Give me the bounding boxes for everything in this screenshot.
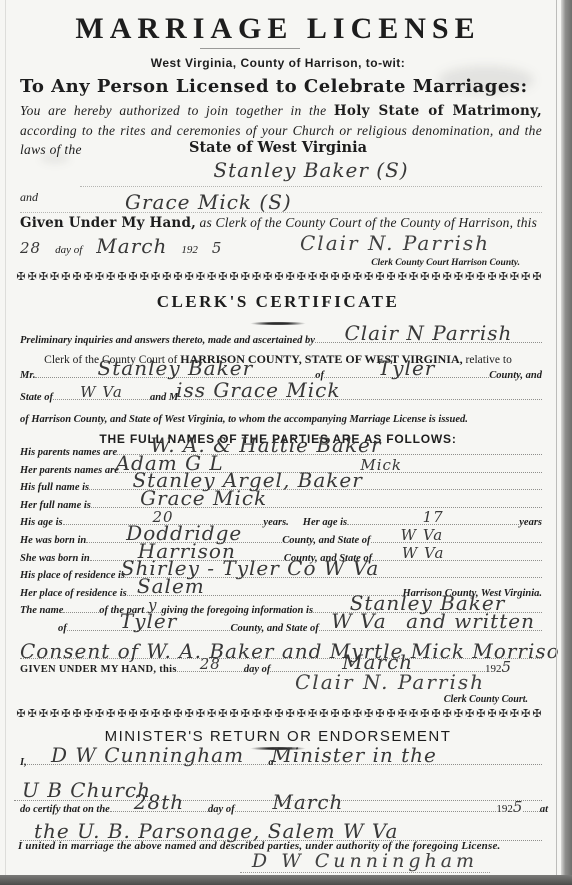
preliminary-line: Clair N Parrish [315, 342, 542, 343]
clerk-signature-2: Clair N. Parrish [295, 672, 485, 694]
page-right-edge [556, 0, 557, 885]
she-born-state-handwriting: W Va [402, 546, 445, 561]
marriage-license-document: MARRIAGE LICENSE West Virginia, County o… [0, 0, 572, 885]
miss-line: iss Grace Mick [178, 399, 542, 400]
informant-county-row: of Tyler County, and State of W Va and w… [20, 623, 542, 641]
clerk-year-digit-handwriting: 5 [501, 660, 512, 675]
year-digit-handwriting: 5 [212, 241, 223, 256]
of-line: Tyler [324, 377, 489, 378]
clerk-day-handwriting: 28 [200, 657, 221, 672]
certify-row: do certify that on the 28th day of March… [20, 800, 548, 815]
groom-name-handwriting: Stanley Baker (S) [213, 158, 408, 182]
clerk-signature: Clair N. Parrish [300, 233, 490, 255]
ages-row: His age is 20 years. Her age is 17 years [20, 517, 542, 535]
his-parents-row: His parents names are W. A. & Hattie Bak… [20, 447, 542, 465]
parsonage-row: the U. B. Parsonage, Salem W Va [20, 820, 542, 841]
month-handwriting: March [96, 236, 167, 256]
certify-year-digit-handwriting: 5 [513, 800, 524, 815]
given-bold: Given Under My Hand, [20, 215, 196, 231]
state-of-line: W Va [53, 399, 150, 400]
her-full-name-row: Her full name is Grace Mick [20, 500, 542, 518]
state-heading: State of West Virginia [0, 139, 556, 156]
his-residence-row: His place of residence is Shirley - Tyle… [20, 570, 542, 588]
miss-handwriting: iss Grace Mick [176, 380, 340, 400]
written-handwriting: and written [406, 611, 535, 631]
swelled-rule-ornament [241, 322, 315, 325]
he-born-state-handwriting: W Va [401, 528, 444, 543]
parsonage-handwriting: the U. B. Parsonage, Salem W Va [34, 821, 398, 841]
his-full-name-row: His full name is Stanley Argel, Baker [20, 482, 542, 500]
clerk-certificate-heading: CLERK'S CERTIFICATE [0, 292, 556, 312]
her-full-name-handwriting: Grace Mick [140, 488, 267, 508]
given-under-hand-line: Given Under My Hand, as Clerk of the Cou… [20, 215, 542, 231]
cross-ornament-border: ✠✠✠✠✠✠✠✠✠✠✠✠✠✠✠✠✠✠✠✠✠✠✠✠✠✠✠✠✠✠✠✠✠✠✠✠✠✠✠✠… [16, 707, 544, 720]
minister-name-row: I, D W Cunningham a Minister in the [20, 757, 542, 768]
clerk-month-handwriting: March [342, 652, 413, 672]
cross-ornament-border: ✠✠✠✠✠✠✠✠✠✠✠✠✠✠✠✠✠✠✠✠✠✠✠✠✠✠✠✠✠✠✠✠✠✠✠✠✠✠✠✠… [16, 270, 544, 283]
court-line: Clerk of the County Court of HARRISON CO… [0, 352, 556, 367]
and-label: and [20, 190, 38, 204]
day-of-label: day of [55, 244, 82, 256]
given-rest: as Clerk of the County Court of the Coun… [196, 215, 537, 230]
document-title: MARRIAGE LICENSE [0, 12, 556, 46]
scan-right-strip [561, 0, 572, 885]
minister-signature: D W Cunningham [240, 852, 490, 873]
parties-detail-rows: His parents names are W. A. & Hattie Bak… [20, 447, 542, 659]
her-residence-handwriting: Salem [137, 576, 205, 596]
bride-name-line: and Grace Mick (S) [20, 188, 542, 213]
state-of-handwriting: W Va [80, 385, 123, 400]
issued-line: of Harrison County, and State of West Vi… [20, 414, 542, 425]
clerk-signature-title: Clerk County Court Harrison County. [0, 258, 520, 268]
her-parents-surname-handwriting: Mick [360, 458, 402, 473]
year-printed: 192 [181, 244, 198, 256]
state-of-label: State of [20, 392, 53, 403]
scan-bottom-strip [0, 875, 572, 885]
county-and-label: County, and [489, 370, 542, 381]
church-handwriting: U B Church [22, 780, 151, 800]
mr-handwriting: Stanley Baker [98, 358, 254, 378]
groom-name-line: Stanley Baker (S) [80, 160, 542, 187]
state-and-miss-row: State of W Va and M iss Grace Mick [20, 392, 542, 403]
bride-name-handwriting: Grace Mick (S) [125, 192, 292, 212]
certify-day-handwriting: 28th [134, 792, 184, 812]
license-date-row: 28 day of March 1925 [20, 236, 300, 256]
preliminary-row: Preliminary inquiries and answers theret… [20, 335, 542, 346]
title-divider [200, 48, 300, 49]
minister-name-handwriting: D W Cunningham [51, 745, 244, 765]
preliminary-handwriting: Clair N Parrish [344, 323, 512, 343]
informant-state-handwriting: W Va [331, 611, 386, 631]
mr-label: Mr. [20, 370, 35, 381]
informant-county-handwriting: Tyler [120, 611, 177, 631]
county-line: West Virginia, County of Harrison, to-wi… [0, 56, 556, 70]
clerk-signature-title-2: Clerk County Court. [0, 694, 528, 705]
consent-handwriting: Consent of W. A. Baker and Myrtle Mick M… [20, 641, 572, 661]
certify-month-handwriting: March [272, 792, 343, 812]
and-m-label: and M [150, 392, 178, 403]
preliminary-label: Preliminary inquiries and answers theret… [20, 335, 315, 346]
of-handwriting: Tyler [378, 358, 435, 378]
salutation: To Any Person Licensed to Celebrate Marr… [20, 76, 528, 97]
he-born-row: He was born in Doddridge County, and Sta… [20, 535, 542, 553]
minister-role-handwriting: Minister in the [271, 745, 437, 765]
consent-row: Consent of W. A. Baker and Myrtle Mick M… [20, 641, 542, 660]
authorization-pre: You are hereby authorized to join togeth… [20, 103, 334, 118]
authorization-bold: Holy State of Matrimony, [334, 103, 542, 119]
her-age-handwriting: 17 [423, 510, 444, 525]
day-handwriting: 28 [20, 241, 41, 256]
